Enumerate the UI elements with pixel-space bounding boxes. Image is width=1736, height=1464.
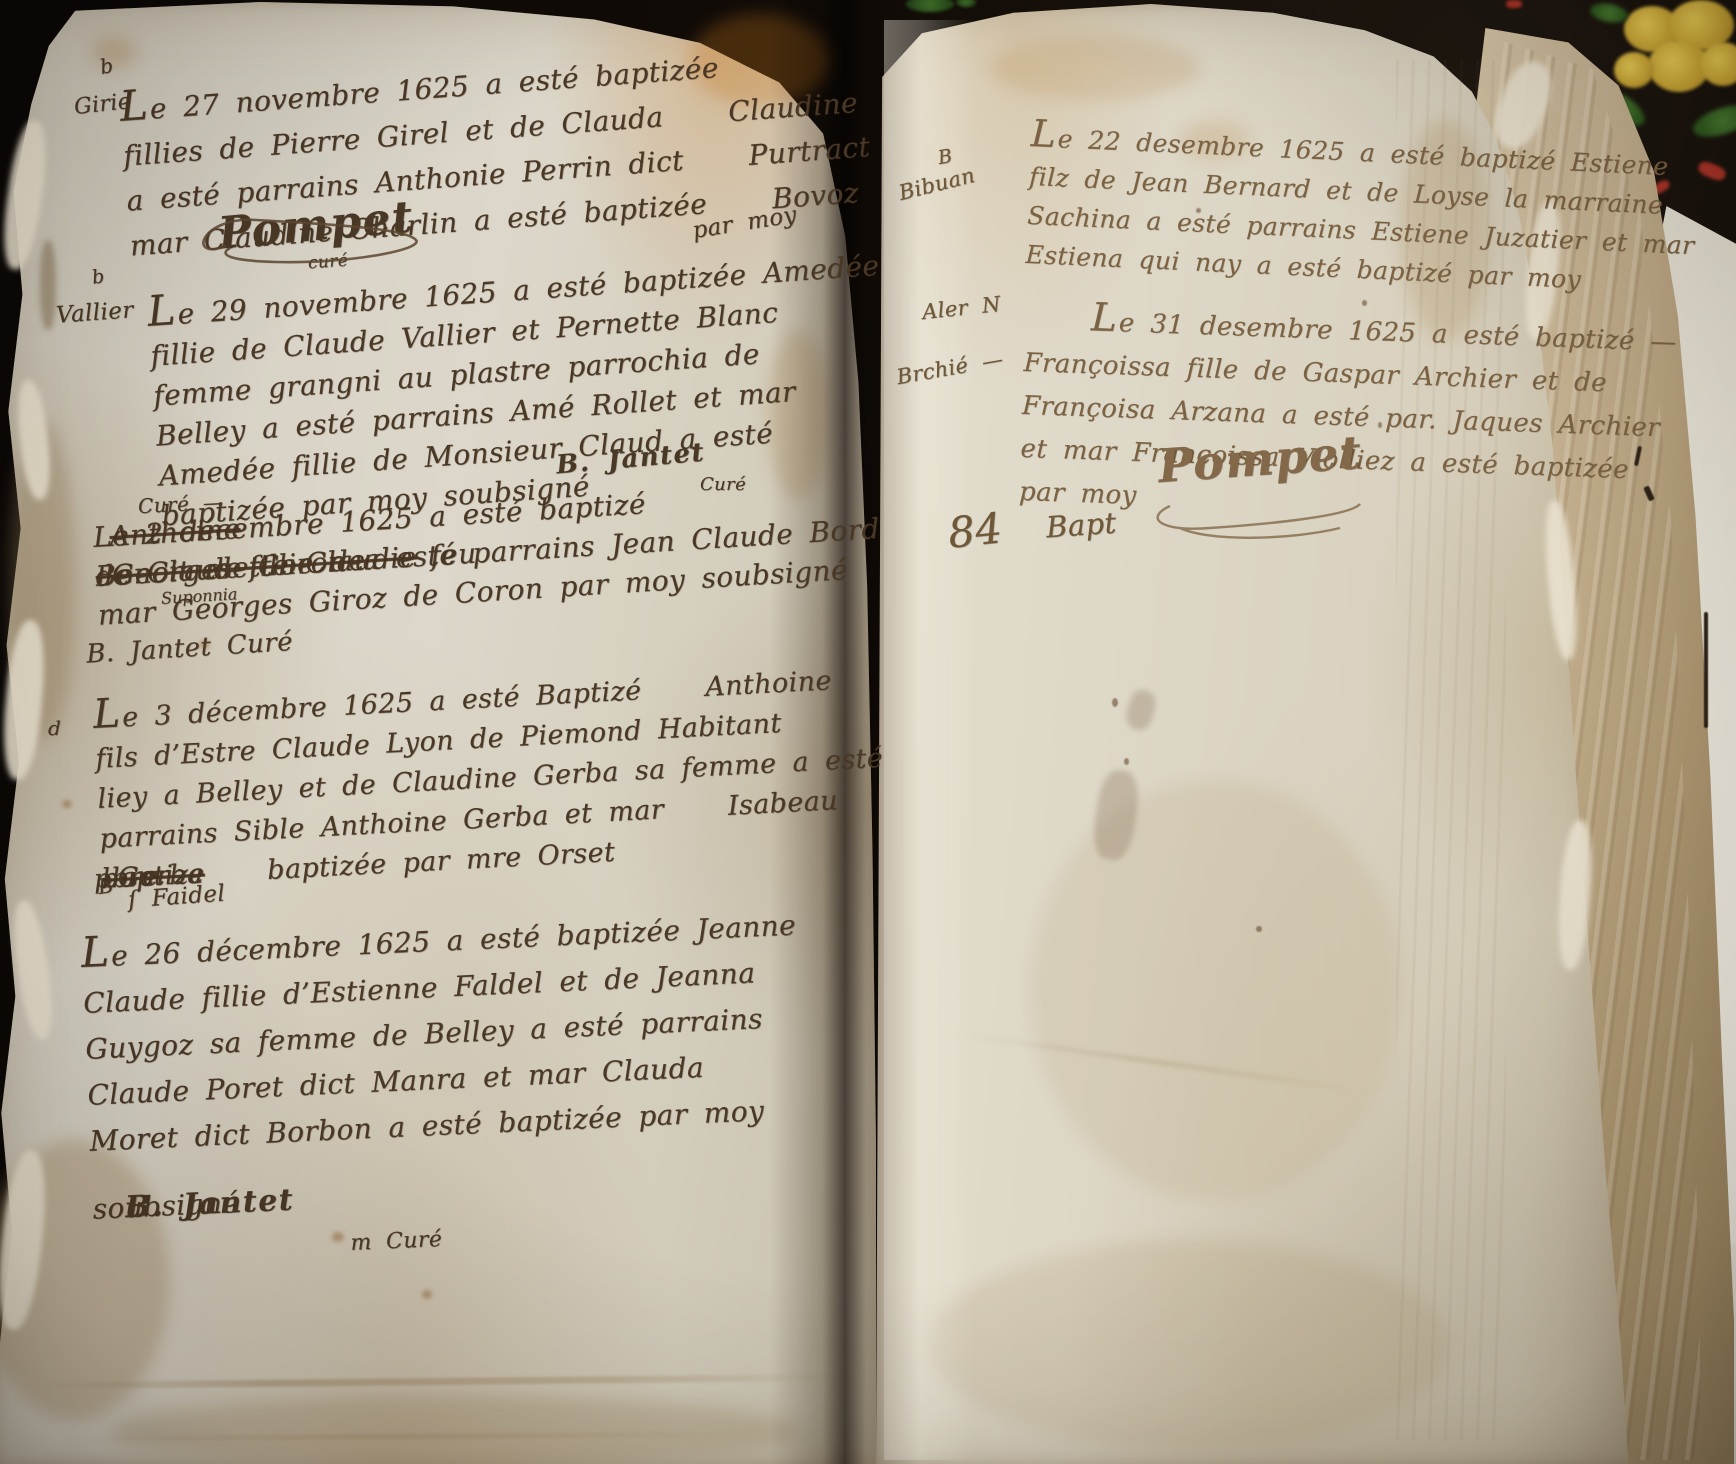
baptism-count-number: 84	[946, 503, 1005, 557]
embroidery-red-stitch	[1696, 159, 1727, 182]
stain	[1030, 780, 1400, 1200]
ink-speck	[1112, 698, 1118, 707]
baptism-entry: Le 26 décembre 1625 a esté baptizée Jean…	[80, 898, 811, 1279]
signature-flourish	[1150, 488, 1370, 548]
baptism-entry: Le 3 décembre 1625 a esté Baptizé Anthoi…	[92, 653, 888, 900]
baptism-entry: Le 22 desembre 1625 a esté baptizé Estie…	[1025, 114, 1699, 304]
margin-initial: B	[96, 873, 115, 899]
margin-note: Vallier	[55, 297, 134, 328]
ink-speck	[1256, 926, 1262, 932]
embroidery-red-stitch	[1506, 0, 1522, 8]
stain	[990, 36, 1200, 100]
ink-speck	[1124, 758, 1129, 765]
embroidery-leaf	[1589, 1, 1630, 25]
baptism-count-label: Bapt	[1045, 506, 1118, 545]
embroidery-leaf	[1690, 99, 1736, 143]
embroidery-green-tuft	[956, 0, 976, 7]
margin-initial: b	[91, 265, 107, 289]
stain	[110, 1396, 800, 1464]
margin-note: d	[48, 716, 61, 740]
foxing-spot	[62, 800, 72, 808]
manuscript-photo: b Girie Le 27 novembre 1625 a esté bapti…	[0, 0, 1736, 1464]
foxing-spot	[422, 1290, 432, 1299]
stain	[930, 1240, 1450, 1450]
torn-edge-shadow	[40, 240, 56, 330]
priest-signature: B. Jantet	[124, 1178, 295, 1232]
embroidery-flower-petal	[1614, 52, 1654, 88]
signature-flourish	[196, 206, 426, 276]
ink-mark	[1704, 612, 1708, 728]
